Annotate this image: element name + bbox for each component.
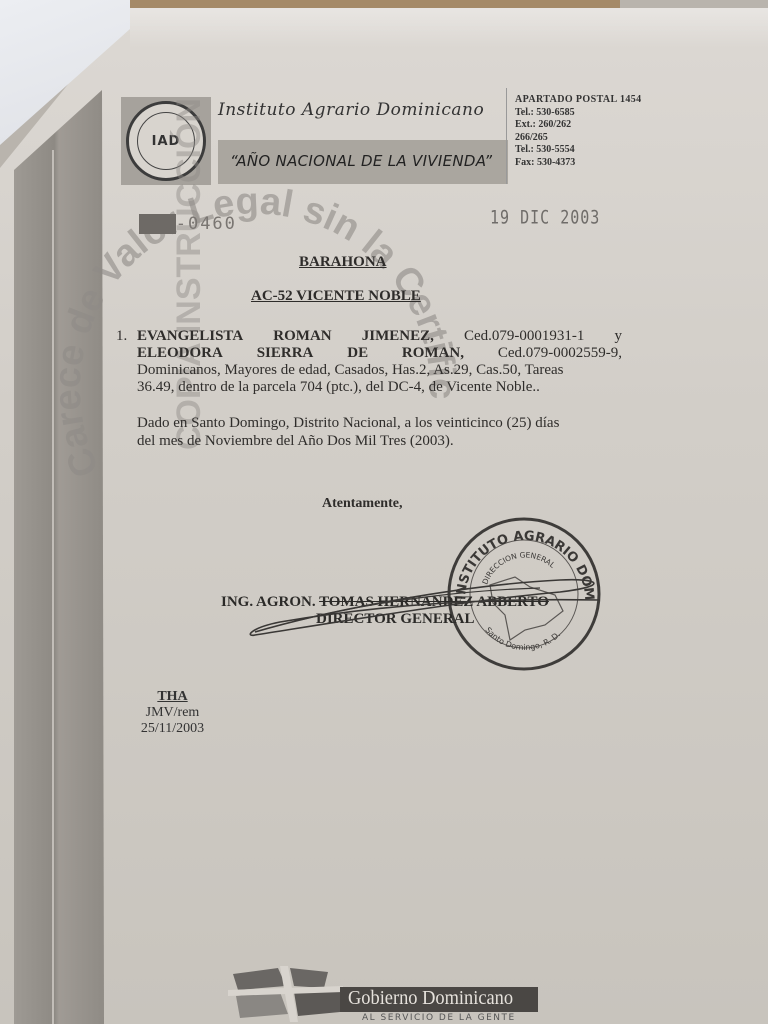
svg-text:DIRECCION GENERAL: DIRECCION GENERAL (480, 550, 557, 585)
beneficiary-line-2: ELEODORA SIERRA DE ROMAN, Ced.079-000255… (137, 345, 622, 362)
extension-2: 266/265 (515, 132, 642, 145)
fax: Fax: 530-4373 (515, 157, 642, 170)
beneficiary-line-3: Dominicanos, Mayores de edad, Casados, H… (137, 362, 622, 379)
phone-2: Tel.: 530-5554 (515, 144, 642, 157)
received-date-stamp: 19 DIC 2003 (490, 206, 600, 229)
issue-statement: Dado en Santo Domingo, Distrito Nacional… (137, 414, 622, 450)
institution-name: Instituto Agrario Dominicano (218, 100, 484, 120)
reference-suffix: -0460 (176, 214, 237, 234)
signer-initials: THA (135, 689, 210, 705)
initials-date: 25/11/2003 (135, 721, 210, 737)
name-part: JIMENEZ, (362, 328, 434, 345)
seal-middle-text: DIRECCION GENERAL (480, 550, 557, 585)
name-part: DE (347, 345, 368, 362)
name-part: ROMAN (273, 328, 331, 345)
beneficiary-line-1: EVANGELISTA ROMAN JIMENEZ, Ced.079-00019… (137, 328, 622, 345)
band-fold-line (52, 150, 54, 1024)
government-name: Gobierno Dominicano (348, 987, 513, 1010)
signatory-prefix: ING. AGRON. (221, 594, 319, 610)
reference-initials: THA JMV/rem 25/11/2003 (135, 689, 210, 737)
entry-number: 1. (116, 328, 127, 345)
seal-bottom-text: Santo Domingo, R. D. (483, 626, 562, 653)
government-motto: AL SERVICIO DE LA GENTE (362, 1013, 516, 1023)
year-slogan: “AÑO NACIONAL DE LA VIVIENDA” (230, 152, 492, 170)
name-part: ROMAN, (402, 345, 464, 362)
colony-heading: AC-52 VICENTE NOBLE (251, 288, 421, 305)
beneficiary-line-4: 36.49, dentro de la parcela 704 (ptc.), … (137, 379, 622, 396)
beneficiary-entry: 1. EVANGELISTA ROMAN JIMENEZ, Ced.079-00… (116, 328, 622, 396)
issue-line-1: Dado en Santo Domingo, Distrito Nacional… (137, 414, 622, 432)
typist-initials: JMV/rem (135, 705, 210, 721)
signatory-title: DIRECTOR GENERAL (316, 611, 475, 628)
extension-1: Ext.: 260/262 (515, 119, 642, 132)
phone-1: Tel.: 530-6585 (515, 107, 642, 120)
iad-logo: IAD (126, 101, 206, 181)
letterhead-divider (506, 88, 507, 184)
contact-block: APARTADO POSTAL 1454 Tel.: 530-6585 Ext.… (515, 94, 642, 170)
name-part: ELEODORA (137, 345, 223, 362)
svg-text:Santo Domingo, R. D.: Santo Domingo, R. D. (483, 626, 562, 653)
left-margin-band (14, 90, 104, 1024)
closing: Atentamente, (322, 496, 402, 512)
reference-prefix: IAD (139, 214, 176, 234)
signatory-full-name: TOMAS HERNANDEZ ABBERTO (319, 594, 549, 610)
reference-number: IAD-0460 (139, 214, 237, 234)
name-part: EVANGELISTA (137, 328, 243, 345)
conjunction: y (614, 328, 622, 345)
issue-line-2: del mes de Noviembre del Año Dos Mil Tre… (137, 432, 622, 450)
name-part: SIERRA (257, 345, 314, 362)
id-number: Ced.079-0001931-1 (464, 328, 584, 345)
postal-box: APARTADO POSTAL 1454 (515, 94, 642, 107)
id-number: Ced.079-0002559-9, (498, 345, 622, 362)
logo-map-icon: IAD (137, 112, 195, 170)
signatory-name: ING. AGRON. TOMAS HERNANDEZ ABBERTO (221, 594, 549, 611)
province-heading: BARAHONA (299, 254, 387, 271)
page-sheen (130, 8, 768, 48)
